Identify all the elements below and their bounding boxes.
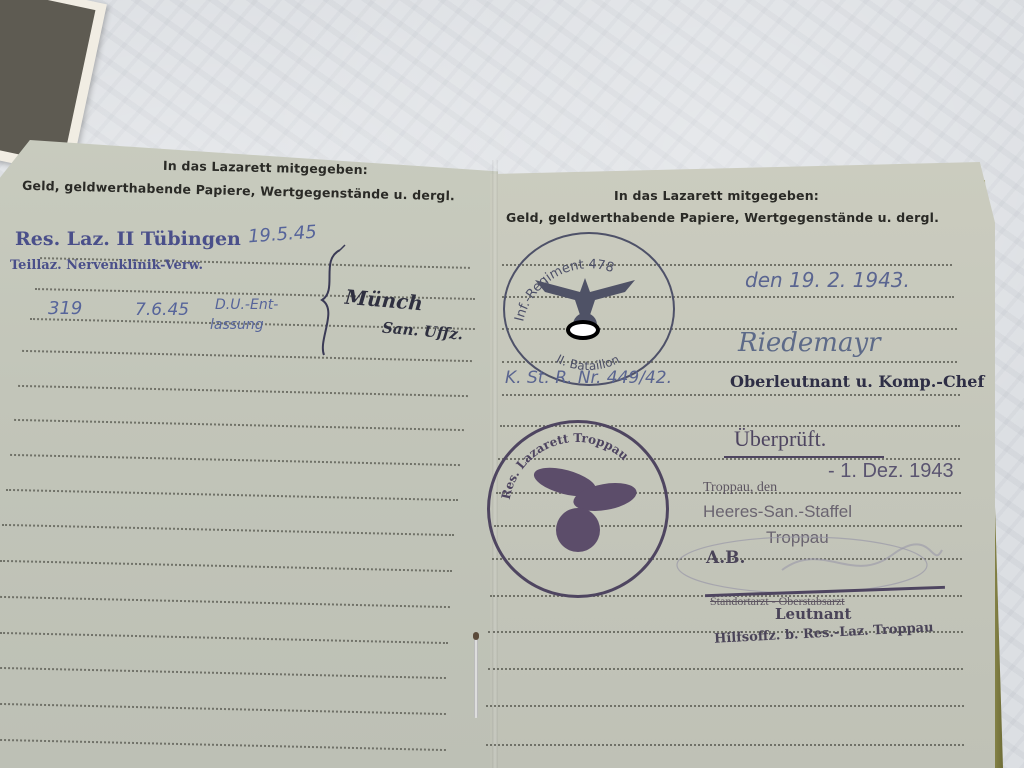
checked-underline (724, 456, 884, 458)
staple (474, 636, 478, 718)
entry-date: 7.6.45 (135, 300, 189, 320)
officer-title: Oberleutnant u. Komp.-Chef (730, 372, 984, 391)
entry-number: 319 (48, 298, 82, 319)
subunit-stamp: Teillaz. Nervenklinik-Verw. (10, 258, 203, 273)
checked-stamp: Überprüft. (734, 426, 826, 452)
right-heading-1: In das Lazarett mitgegeben: (614, 188, 819, 203)
signature-right: Riedemayr (738, 328, 881, 358)
hospital-stamp: Res. Laz. II Tübingen (15, 228, 241, 250)
handwritten-date-right: den 19. 2. 1943. (745, 268, 910, 292)
right-heading-2: Geld, geldwerthabende Papiere, Wertgegen… (506, 210, 939, 225)
dotted-line (488, 668, 963, 670)
entry-note-2: lassung (210, 317, 264, 333)
eagle-emblem-icon (530, 462, 640, 557)
place-date-value: - 1. Dez. 1943 (828, 460, 954, 483)
entry-note-1: D.U.-Ent- (215, 297, 278, 313)
reference-number: K. St. R. Nr. 449/42. (505, 368, 672, 388)
unit-line-1: Heeres-San.-Staffel (703, 502, 852, 522)
rank-stamp: Leutnant (775, 605, 851, 623)
dotted-line (486, 705, 964, 707)
censored-emblem-mark (566, 320, 600, 340)
place-date-prefix: Troppau, den (703, 480, 777, 496)
dotted-line (502, 394, 960, 396)
dotted-line (486, 744, 964, 746)
